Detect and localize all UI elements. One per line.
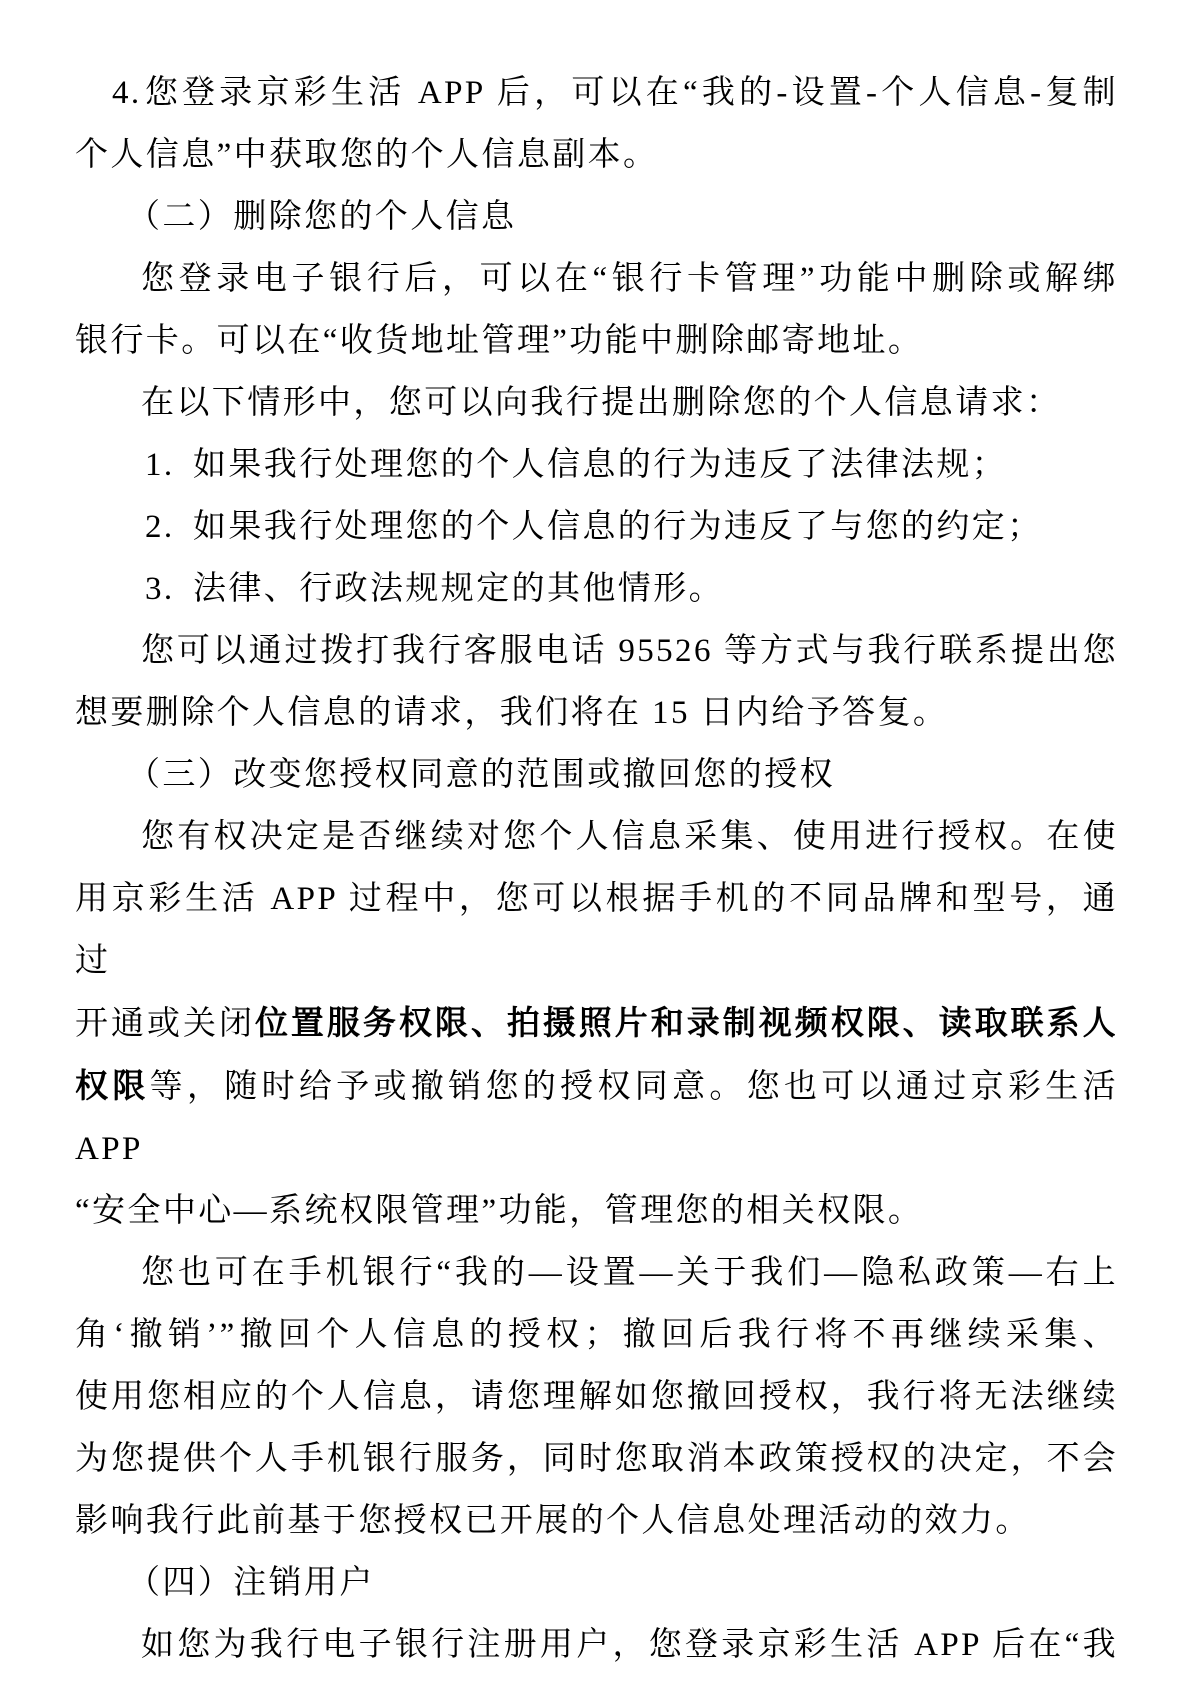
text-segment: 如您为我行电子银行注册用户，您登录京彩生活 APP 后在“我 [141, 1627, 1118, 1663]
text-segment: 开通或关闭 [75, 1006, 255, 1042]
text-segment: 使用您相应的个人信息，请您理解如您撤回授权，我行将无法继续 [75, 1379, 1118, 1415]
list-number: 4. [112, 62, 143, 124]
text-segment: 您可以通过拨打我行客服电话 95526 等方式与我行联系提出您 [141, 633, 1118, 669]
text-segment: 等，随时给予或撤销您的授权同意。您也可以通过京彩生活 APP [75, 1069, 1118, 1167]
text-segment: （二）删除您的个人信息 [127, 199, 516, 235]
text-segment: 影响我行此前基于您授权已开展的个人信息处理活动的效力。 [75, 1503, 1031, 1539]
text-segment: （四）注销用户 [127, 1565, 375, 1601]
text-line: 角‘撤销’”撤回个人信息的授权；撤回后我行将不再继续采集、 [75, 1304, 1118, 1366]
text-line: 个人信息”中获取您的个人信息副本。 [75, 124, 1118, 186]
text-line: “安全中心—系统权限管理”功能，管理您的相关权限。 [75, 1180, 1118, 1242]
text-line: 使用您相应的个人信息，请您理解如您撤回授权，我行将无法继续 [75, 1366, 1118, 1428]
text-segment: “安全中心—系统权限管理”功能，管理您的相关权限。 [75, 1193, 923, 1229]
text-line: （四）注销用户 [75, 1552, 1118, 1614]
text-line: 4.您登录京彩生活 APP 后，可以在“我的-设置-个人信息-复制 [75, 62, 1118, 124]
list-number: 2. [145, 496, 193, 558]
text-segment: 您登录电子银行后，可以在“银行卡管理”功能中删除或解绑 [141, 261, 1118, 297]
text-line: 用京彩生活 APP 过程中，您可以根据手机的不同品牌和型号，通过 [75, 868, 1118, 992]
text-line: 在以下情形中，您可以向我行提出删除您的个人信息请求： [75, 372, 1118, 434]
text-segment: 银行卡。可以在“收货地址管理”功能中删除邮寄地址。 [75, 323, 923, 359]
text-line: 为您提供个人手机银行服务，同时您取消本政策授权的决定，不会 [75, 1428, 1118, 1490]
text-segment: 您也可在手机银行“我的—设置—关于我们—隐私政策—右上 [141, 1255, 1118, 1291]
text-line: 您登录电子银行后，可以在“银行卡管理”功能中删除或解绑 [75, 248, 1118, 310]
text-segment: 在以下情形中，您可以向我行提出删除您的个人信息请求： [141, 385, 1061, 421]
bold-text-segment: 权限 [75, 1067, 150, 1104]
list-number: 1. [145, 434, 193, 496]
text-line: 银行卡。可以在“收货地址管理”功能中删除邮寄地址。 [75, 310, 1118, 372]
text-segment: 法律、行政法规规定的其他情形。 [193, 571, 724, 607]
bold-text-segment: 位置服务权限、拍摄照片和录制视频权限、读取联系人 [255, 1004, 1118, 1041]
text-segment: 您登录京彩生活 APP 后，可以在“我的-设置-个人信息-复制 [143, 75, 1118, 111]
text-segment: 个人信息”中获取您的个人信息副本。 [75, 137, 658, 173]
text-line: 1.如果我行处理您的个人信息的行为违反了法律法规； [75, 434, 1118, 496]
text-segment: （三）改变您授权同意的范围或撤回您的授权 [127, 757, 835, 793]
list-number: 3. [145, 558, 193, 620]
text-line: 3.法律、行政法规规定的其他情形。 [75, 558, 1118, 620]
text-line: 开通或关闭位置服务权限、拍摄照片和录制视频权限、读取联系人 [75, 992, 1118, 1055]
document-page: 4.您登录京彩生活 APP 后，可以在“我的-设置-个人信息-复制个人信息”中获… [0, 0, 1191, 1684]
text-line: 影响我行此前基于您授权已开展的个人信息处理活动的效力。 [75, 1490, 1118, 1552]
text-segment: 用京彩生活 APP 过程中，您可以根据手机的不同品牌和型号，通过 [75, 881, 1118, 979]
text-line: 权限等，随时给予或撤销您的授权同意。您也可以通过京彩生活 APP [75, 1055, 1118, 1180]
text-segment: 为您提供个人手机银行服务，同时您取消本政策授权的决定，不会 [75, 1441, 1118, 1477]
text-line: （二）删除您的个人信息 [75, 186, 1118, 248]
text-segment: 想要删除个人信息的请求，我们将在 15 日内给予答复。 [75, 695, 948, 731]
text-line: 2.如果我行处理您的个人信息的行为违反了与您的约定； [75, 496, 1118, 558]
text-line: 您也可在手机银行“我的—设置—关于我们—隐私政策—右上 [75, 1242, 1118, 1304]
text-segment: 您有权决定是否继续对您个人信息采集、使用进行授权。在使 [141, 819, 1118, 855]
text-segment: 如果我行处理您的个人信息的行为违反了与您的约定； [193, 509, 1043, 545]
text-segment: 如果我行处理您的个人信息的行为违反了法律法规； [193, 447, 1007, 483]
text-line: 您可以通过拨打我行客服电话 95526 等方式与我行联系提出您 [75, 620, 1118, 682]
text-line: 如您为我行电子银行注册用户，您登录京彩生活 APP 后在“我 [75, 1614, 1118, 1676]
text-line: 想要删除个人信息的请求，我们将在 15 日内给予答复。 [75, 682, 1118, 744]
document-body: 4.您登录京彩生活 APP 后，可以在“我的-设置-个人信息-复制个人信息”中获… [75, 62, 1118, 1676]
text-line: （三）改变您授权同意的范围或撤回您的授权 [75, 744, 1118, 806]
text-line: 您有权决定是否继续对您个人信息采集、使用进行授权。在使 [75, 806, 1118, 868]
text-segment: 角‘撤销’”撤回个人信息的授权；撤回后我行将不再继续采集、 [75, 1317, 1118, 1353]
